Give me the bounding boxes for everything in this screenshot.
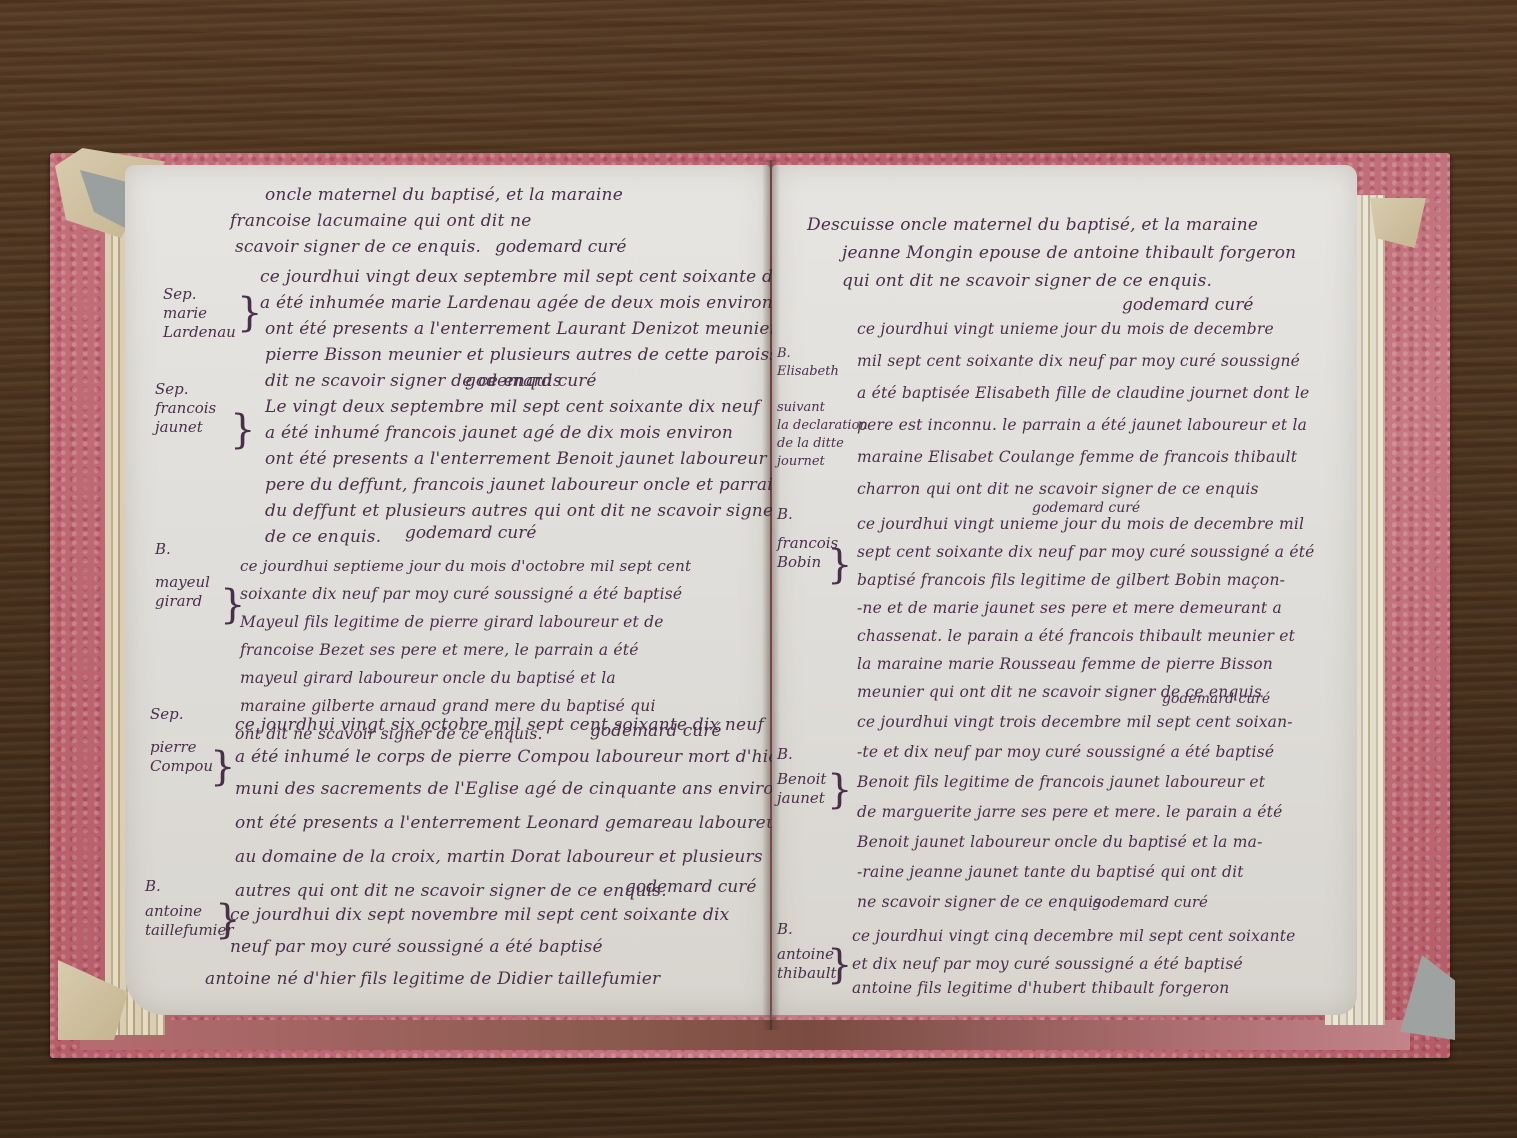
text-line: pere du deffunt, francois jaunet laboure…	[265, 475, 784, 495]
margin-type: Sep.	[163, 285, 236, 304]
signature: godemard curé	[405, 523, 536, 543]
text-line: ce jourdhui vingt unieme jour du mois de…	[857, 515, 1304, 533]
margin-name: marie	[163, 304, 236, 323]
text-line: ont été presents a l'enterrement Leonard…	[235, 813, 785, 833]
signature: godemard curé	[1162, 691, 1270, 707]
text-line: -te et dix neuf par moy curé soussigné a…	[857, 743, 1274, 761]
margin-note-line: de la ditte	[777, 435, 868, 453]
text-line: qui ont dit ne scavoir signer de ce enqu…	[842, 271, 1212, 291]
brace-icon: }	[237, 293, 262, 333]
margin-type: Sep.	[150, 705, 213, 724]
text-line: Benoit jaunet laboureur oncle du baptisé…	[857, 833, 1263, 851]
margin-note-line: la declaration	[777, 417, 868, 435]
margin-note-line: suivant	[777, 399, 868, 417]
left-page: oncle maternel du baptisé, et la maraine…	[125, 165, 770, 1015]
margin-note: B. mayeul girard	[155, 540, 210, 611]
text-line: a été inhumé francois jaunet agé de dix …	[265, 423, 733, 443]
book-spine	[80, 1020, 1410, 1050]
margin-note: B. Elisabeth suivant la declaration de l…	[777, 345, 868, 471]
text-line: ce jourdhui vingt six octobre mil sept c…	[235, 715, 764, 735]
text-line: soixante dix neuf par moy curé soussigné…	[240, 585, 682, 603]
margin-type: B.	[155, 540, 210, 559]
text-line: mayeul girard laboureur oncle du baptisé…	[240, 669, 616, 687]
margin-type: B.	[777, 345, 868, 363]
signature: godemard curé	[1032, 500, 1140, 516]
margin-type: Sep.	[155, 380, 216, 399]
text-line: -ne et de marie jaunet ses pere et mere …	[857, 599, 1282, 617]
text-line: Mayeul fils legitime de pierre girard la…	[240, 613, 664, 631]
margin-surname: jaunet	[155, 418, 216, 437]
margin-note: Sep. pierre Compou	[150, 705, 213, 776]
signature: godemard curé	[495, 237, 626, 257]
margin-note: Sep. francois jaunet	[155, 380, 216, 437]
signature: godemard curé	[1122, 295, 1253, 315]
text-line: francoise Bezet ses pere et mere, le par…	[240, 641, 639, 659]
text-line: baptisé francois fils legitime de gilber…	[857, 571, 1285, 589]
text-line: scavoir signer de ce enquis.	[235, 237, 481, 257]
margin-note: B. Benoit jaunet	[777, 745, 826, 808]
text-line: et dix neuf par moy curé soussigné a été…	[852, 955, 1243, 973]
margin-name: mayeul	[155, 573, 210, 592]
text-line: antoine né d'hier fils legitime de Didie…	[205, 969, 660, 989]
text-line: ce jourdhui vingt deux septembre mil sep…	[260, 267, 833, 287]
margin-type: B.	[145, 877, 234, 896]
text-line: ce jourdhui vingt unieme jour du mois de…	[857, 320, 1274, 338]
brace-icon: }	[827, 545, 852, 585]
text-line: ont été presents a l'enterrement Laurant…	[265, 319, 778, 339]
text-line: de ce enquis.	[265, 527, 381, 547]
margin-surname: Compou	[150, 757, 213, 776]
brace-icon: }	[230, 410, 255, 450]
text-line: oncle maternel du baptisé, et la maraine	[265, 185, 623, 205]
text-line: sept cent soixante dix neuf par moy curé…	[857, 543, 1315, 561]
signature: godemard curé	[465, 371, 596, 391]
signature: godemard curé	[1092, 893, 1208, 911]
margin-type: B.	[777, 745, 826, 764]
text-line: chassenat. le parain a été francois thib…	[857, 627, 1295, 645]
text-line: -raine jeanne jaunet tante du baptisé qu…	[857, 863, 1244, 881]
margin-surname: Lardenau	[163, 323, 236, 342]
margin-type: B.	[777, 505, 838, 524]
margin-name: francois	[155, 399, 216, 418]
text-line: mil sept cent soixante dix neuf par moy …	[857, 352, 1300, 370]
text-line: pere est inconnu. le parrain a été jaune…	[857, 416, 1307, 434]
text-line: ce jourdhui dix sept novembre mil sept c…	[230, 905, 729, 925]
text-line: neuf par moy curé soussigné a été baptis…	[230, 937, 603, 957]
margin-name: Elisabeth	[777, 363, 868, 381]
margin-name: pierre	[150, 738, 213, 757]
right-page: Descuisse oncle maternel du baptisé, et …	[772, 165, 1357, 1015]
text-line: francoise lacumaine qui ont dit ne	[230, 211, 532, 231]
text-line: antoine fils legitime d'hubert thibault …	[852, 979, 1229, 997]
margin-note-line: journet	[777, 453, 868, 471]
text-line: la maraine marie Rousseau femme de pierr…	[857, 655, 1273, 673]
text-line: ce jourdhui septieme jour du mois d'octo…	[240, 557, 691, 575]
text-line: a été inhumé le corps de pierre Compou l…	[235, 747, 787, 767]
text-line: jeanne Mongin epouse de antoine thibault…	[842, 243, 1296, 263]
text-line: du deffunt et plusieurs autres qui ont d…	[265, 501, 782, 521]
margin-note: Sep. marie Lardenau	[163, 285, 236, 342]
brace-icon: }	[210, 747, 235, 787]
text-line: ce jourdhui vingt cinq decembre mil sept…	[852, 927, 1296, 945]
margin-surname: girard	[155, 592, 210, 611]
margin-type: B.	[777, 920, 837, 939]
book-gutter	[762, 160, 780, 1030]
text-line: de marguerite jarre ses pere et mere. le…	[857, 803, 1282, 821]
margin-name: Benoit	[777, 770, 826, 789]
text-line: a été inhumée marie Lardenau agée de deu…	[260, 293, 773, 313]
text-line: ne scavoir signer de ce enquis.	[857, 893, 1107, 911]
text-line: Le vingt deux septembre mil sept cent so…	[265, 397, 760, 417]
text-line: ont été presents a l'enterrement Benoit …	[265, 449, 767, 469]
brace-icon: }	[827, 770, 852, 810]
text-line: maraine Elisabet Coulange femme de franc…	[857, 448, 1297, 466]
signature: godemard curé	[625, 877, 756, 897]
text-line: ce jourdhui vingt trois decembre mil sep…	[857, 713, 1293, 731]
text-line: Descuisse oncle maternel du baptisé, et …	[807, 215, 1258, 235]
text-line: a été baptisée Elisabeth fille de claudi…	[857, 384, 1309, 402]
text-line: au domaine de la croix, martin Dorat lab…	[235, 847, 763, 867]
margin-surname: jaunet	[777, 789, 826, 808]
brace-icon: }	[827, 945, 852, 985]
text-line: muni des sacrements de l'Eglise agé de c…	[235, 779, 785, 799]
text-line: maraine gilberte arnaud grand mere du ba…	[240, 697, 656, 715]
text-line: autres qui ont dit ne scavoir signer de …	[235, 881, 667, 901]
text-line: charron qui ont dit ne scavoir signer de…	[857, 480, 1259, 498]
text-line: Benoit fils legitime de francois jaunet …	[857, 773, 1265, 791]
